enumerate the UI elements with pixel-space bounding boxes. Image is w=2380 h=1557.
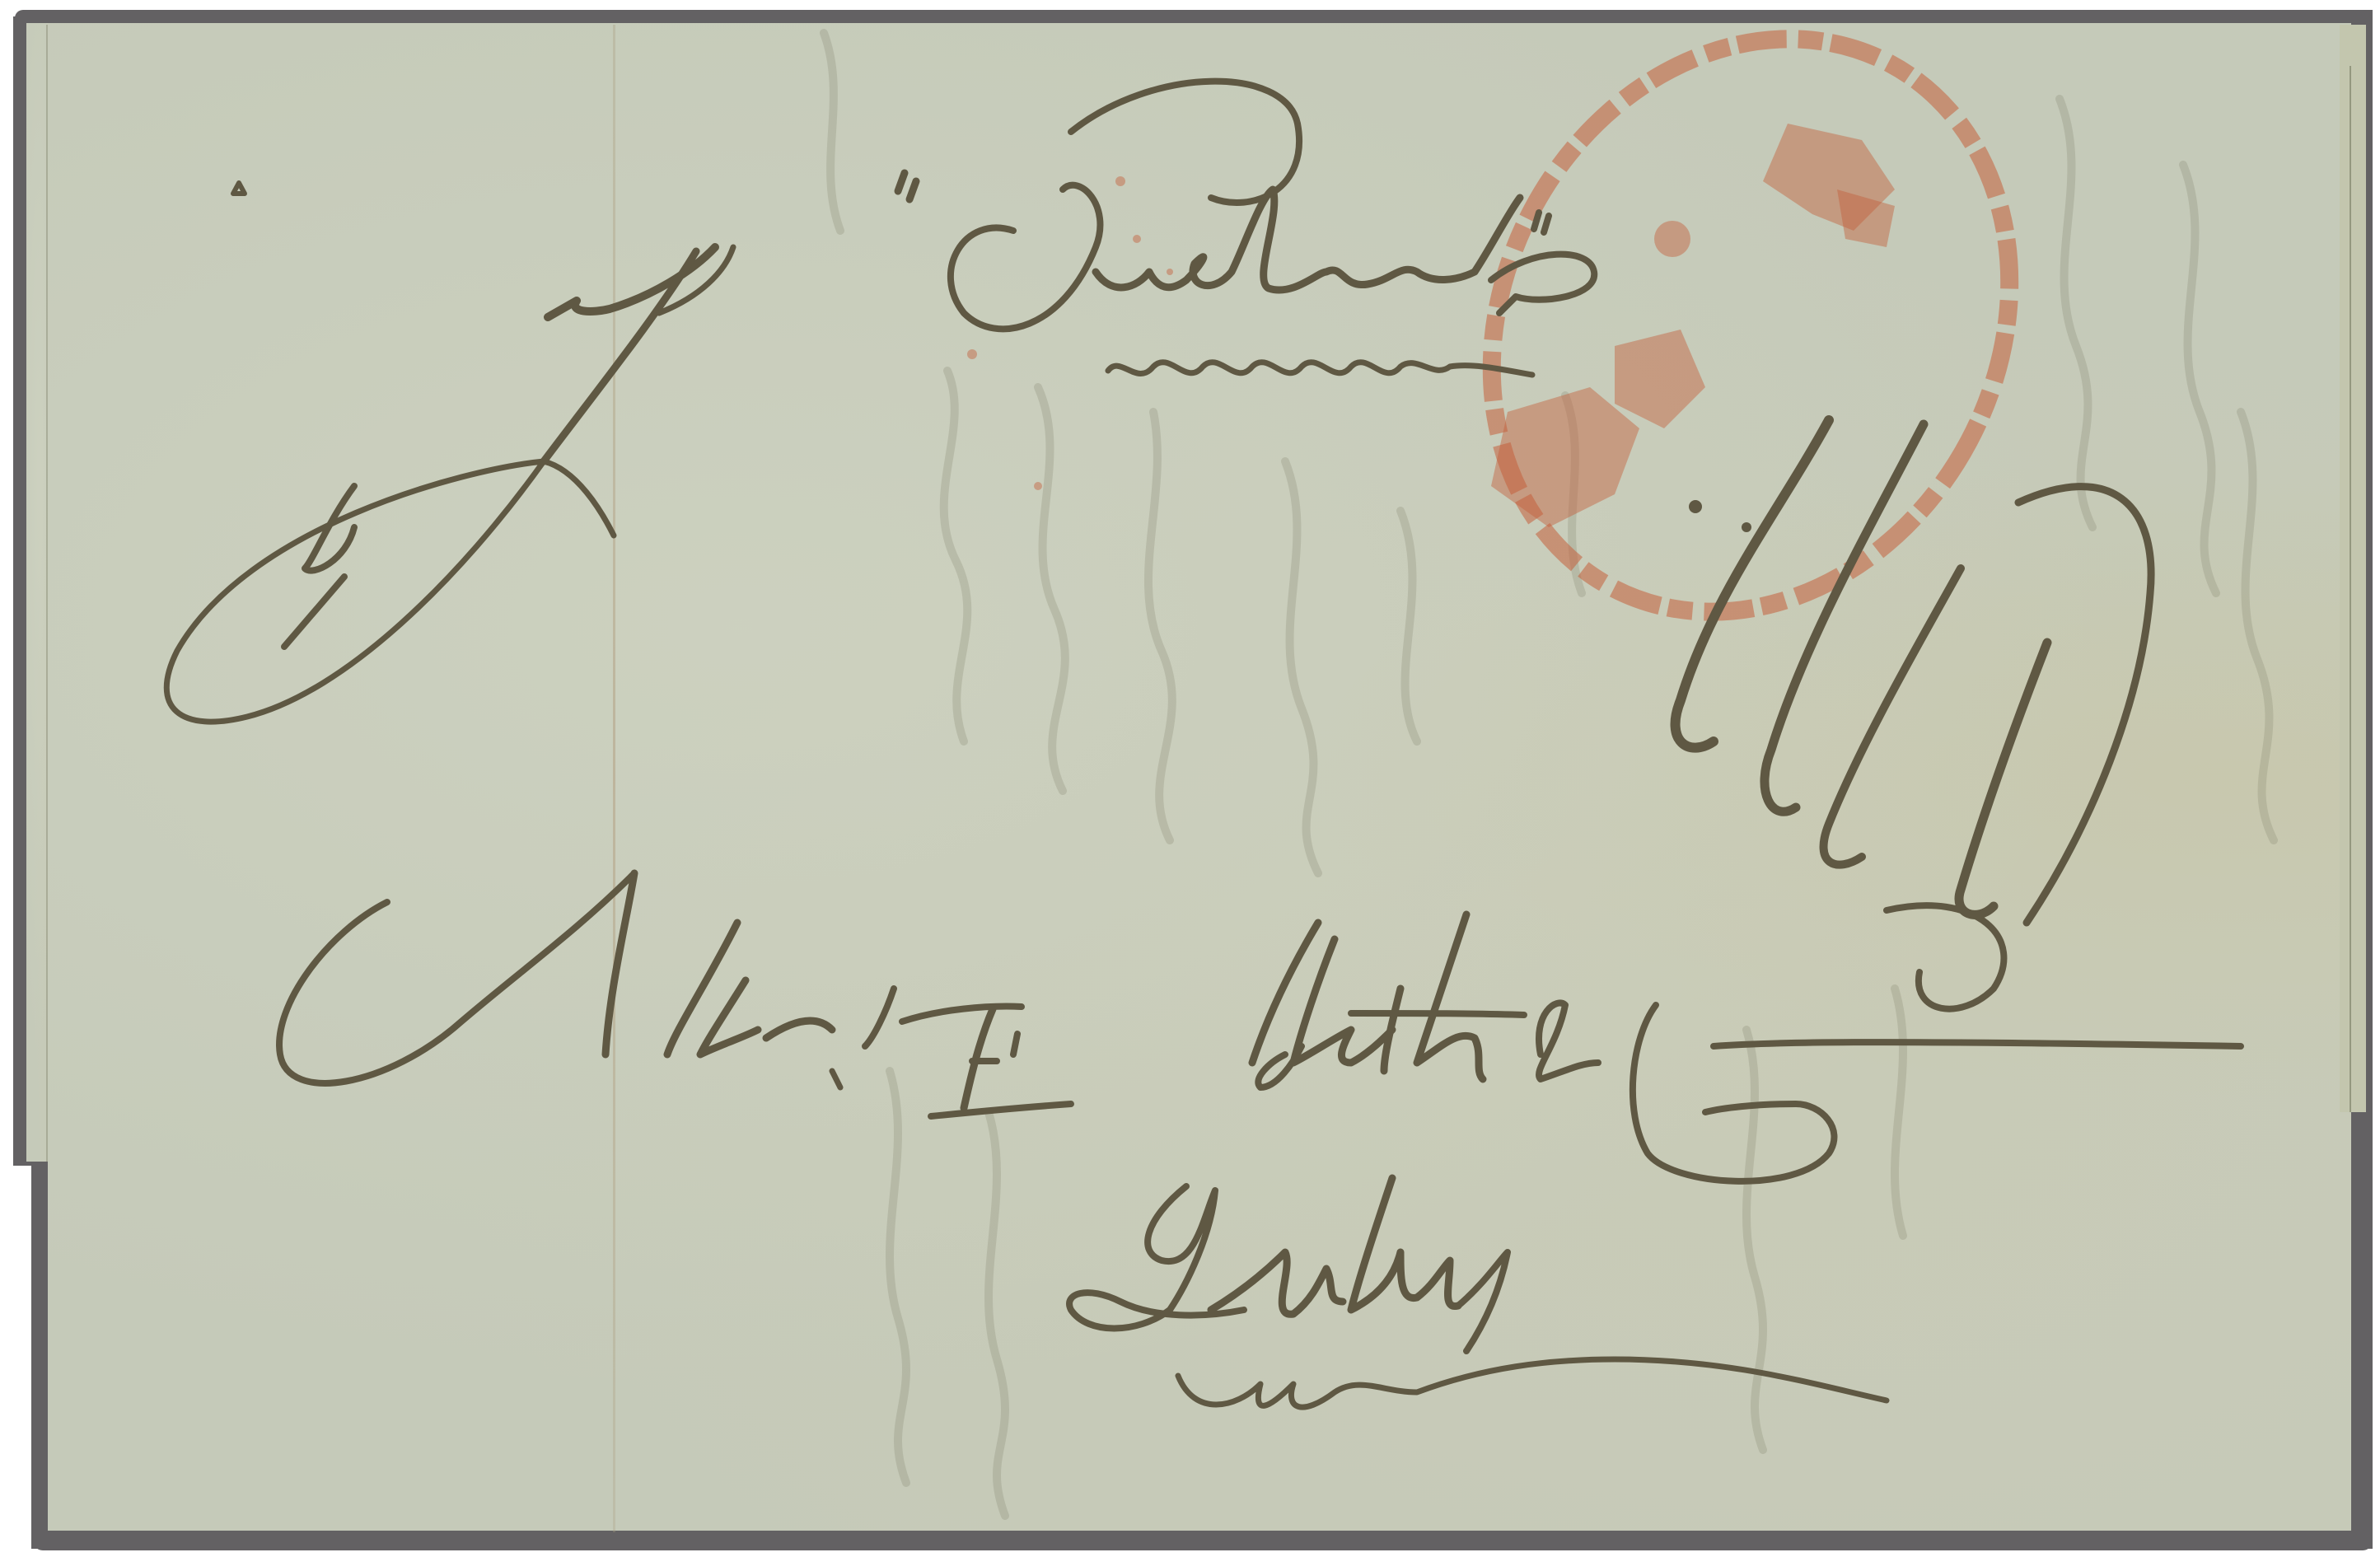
left-flap-seam bbox=[46, 25, 48, 1162]
charge-mark-text: 1/10 bbox=[1697, 577, 2067, 769]
routing-mark-text: p bbox=[560, 247, 608, 334]
address-line-1-text: Mess.rs F. Huth & Co. bbox=[288, 972, 1396, 1087]
right-flap bbox=[2340, 25, 2366, 1112]
right-flap-seam bbox=[2350, 66, 2351, 1112]
address-line-2-text: London bbox=[1071, 1219, 1447, 1334]
salutation-text: To, bbox=[181, 527, 293, 614]
endorsement-text: "Overland" bbox=[906, 189, 1320, 276]
vertical-fold-line bbox=[613, 25, 615, 1532]
letter-scan: "Overland" p To, 1/10 Mess.rs F. Huth & … bbox=[0, 0, 2380, 1557]
